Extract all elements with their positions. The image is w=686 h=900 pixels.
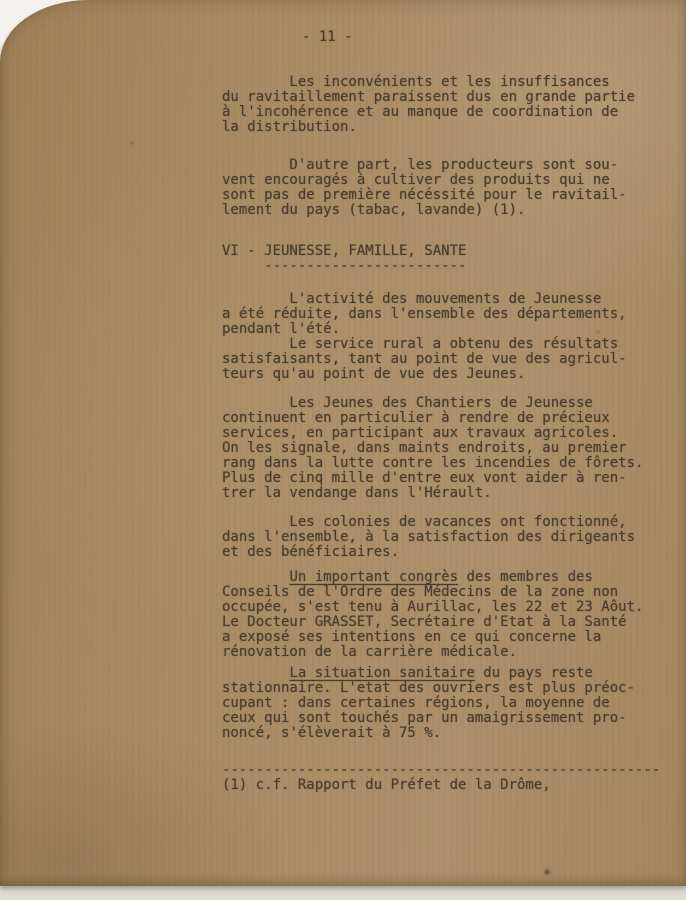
indent (222, 569, 289, 585)
text-line: dans l'ensemble, à la satisfaction des d… (222, 530, 664, 545)
footnote: ----------------------------------------… (222, 763, 664, 793)
paragraph-chantiers-de-jeunesse: Les Jeunes des Chantiers de Jeunesse con… (222, 396, 664, 501)
paragraph-colonies-de-vacances: Les colonies de vacances ont fonctionné,… (222, 515, 664, 560)
section-title-underline: ------------------------ (222, 259, 664, 274)
text-line: a exposé ses intentions en ce qui concer… (222, 630, 664, 645)
text-line: Un important congrès des membres des (222, 570, 664, 585)
paragraph-producers: D'autre part, les producteurs sont sou- … (222, 158, 664, 218)
text-line: satisfaisants, tant au point de vue des … (222, 352, 664, 367)
text-line: Les Jeunes des Chantiers de Jeunesse (222, 396, 664, 411)
text-line: trer la vendange dans l'Hérault. (222, 486, 664, 501)
typewritten-content: - 11 - Les inconvénients et les insuffis… (222, 30, 664, 793)
text-line: Les colonies de vacances ont fonctionné, (222, 515, 664, 530)
page-number: - 11 - (222, 30, 664, 45)
section-heading: VI - JEUNESSE, FAMILLE, SANTE ----------… (222, 244, 664, 274)
text-line: lement du pays (tabac, lavande) (1). (222, 203, 664, 218)
text-line: teurs qu'au point de vue des Jeunes. (222, 367, 664, 382)
document-page: - 11 - Les inconvénients et les insuffis… (0, 0, 686, 886)
text-line: La situation sanitaire du pays reste (222, 666, 664, 681)
text-line: rénovation de la carrière médicale. (222, 645, 664, 660)
text-line: la distribution. (222, 120, 664, 135)
text-line: Le service rural a obtenu des résultats (222, 337, 664, 352)
text-line: ceux qui sont touchés par un amaigrissem… (222, 711, 664, 726)
text-line: pendant l'été. (222, 322, 664, 337)
text-line: On les signale, dans maints endroits, au… (222, 441, 664, 456)
text-line: a été réduite, dans l'ensemble des dépar… (222, 307, 664, 322)
paragraph-youth-movements: L'activité des mouvements de Jeunesse a … (222, 292, 664, 382)
text-line: Les inconvénients et les insuffisances (222, 75, 664, 90)
text-line: occupée, s'est tenu à Aurillac, les 22 e… (222, 600, 664, 615)
text-line: vent encouragés à cultiver des produits … (222, 173, 664, 188)
text-line: Plus de cinq mille d'entre eux vont aide… (222, 471, 664, 486)
underlined-phrase: La situation sanitaire (289, 665, 474, 681)
text-line: et des bénéficiaires. (222, 545, 664, 560)
text-line: Le Docteur GRASSET, Secrétaire d'Etat à … (222, 615, 664, 630)
text-line: L'activité des mouvements de Jeunesse (222, 292, 664, 307)
paragraph-medical-congress: Un important congrès des membres des Con… (222, 570, 664, 660)
line-remainder: du pays reste (475, 665, 593, 681)
text-line: du ravitaillement paraissent dus en gran… (222, 90, 664, 105)
section-title: VI - JEUNESSE, FAMILLE, SANTE (222, 244, 664, 259)
paragraph-supply-shortcomings: Les inconvénients et les insuffisances d… (222, 75, 664, 135)
text-line: D'autre part, les producteurs sont sou- (222, 158, 664, 173)
text-line: sont pas de première nécéssité pour le r… (222, 188, 664, 203)
text-line: rang dans la lutte contre les incendies … (222, 456, 664, 471)
paragraph-health-situation: La situation sanitaire du pays reste sta… (222, 666, 664, 741)
text-line: Conseils de l'Ordre des Médecins de la z… (222, 585, 664, 600)
footnote-text: (1) c.f. Rapport du Préfet de la Drôme, (222, 778, 664, 793)
underlined-phrase: Un important congrès (289, 569, 458, 585)
text-line: noncé, s'élèverait à 75 %. (222, 726, 664, 741)
text-line: stationnaire. L'etat des ouvriers est pl… (222, 681, 664, 696)
line-remainder: des membres des (458, 569, 593, 585)
footnote-separator: ----------------------------------------… (222, 763, 664, 778)
text-line: services, en participant aux travaux agr… (222, 426, 664, 441)
text-line: cupant : dans certaines régions, la moye… (222, 696, 664, 711)
text-line: continuent en particulier à rendre de pr… (222, 411, 664, 426)
indent (222, 665, 289, 681)
text-line: à l'incohérence et au manque de coordina… (222, 105, 664, 120)
